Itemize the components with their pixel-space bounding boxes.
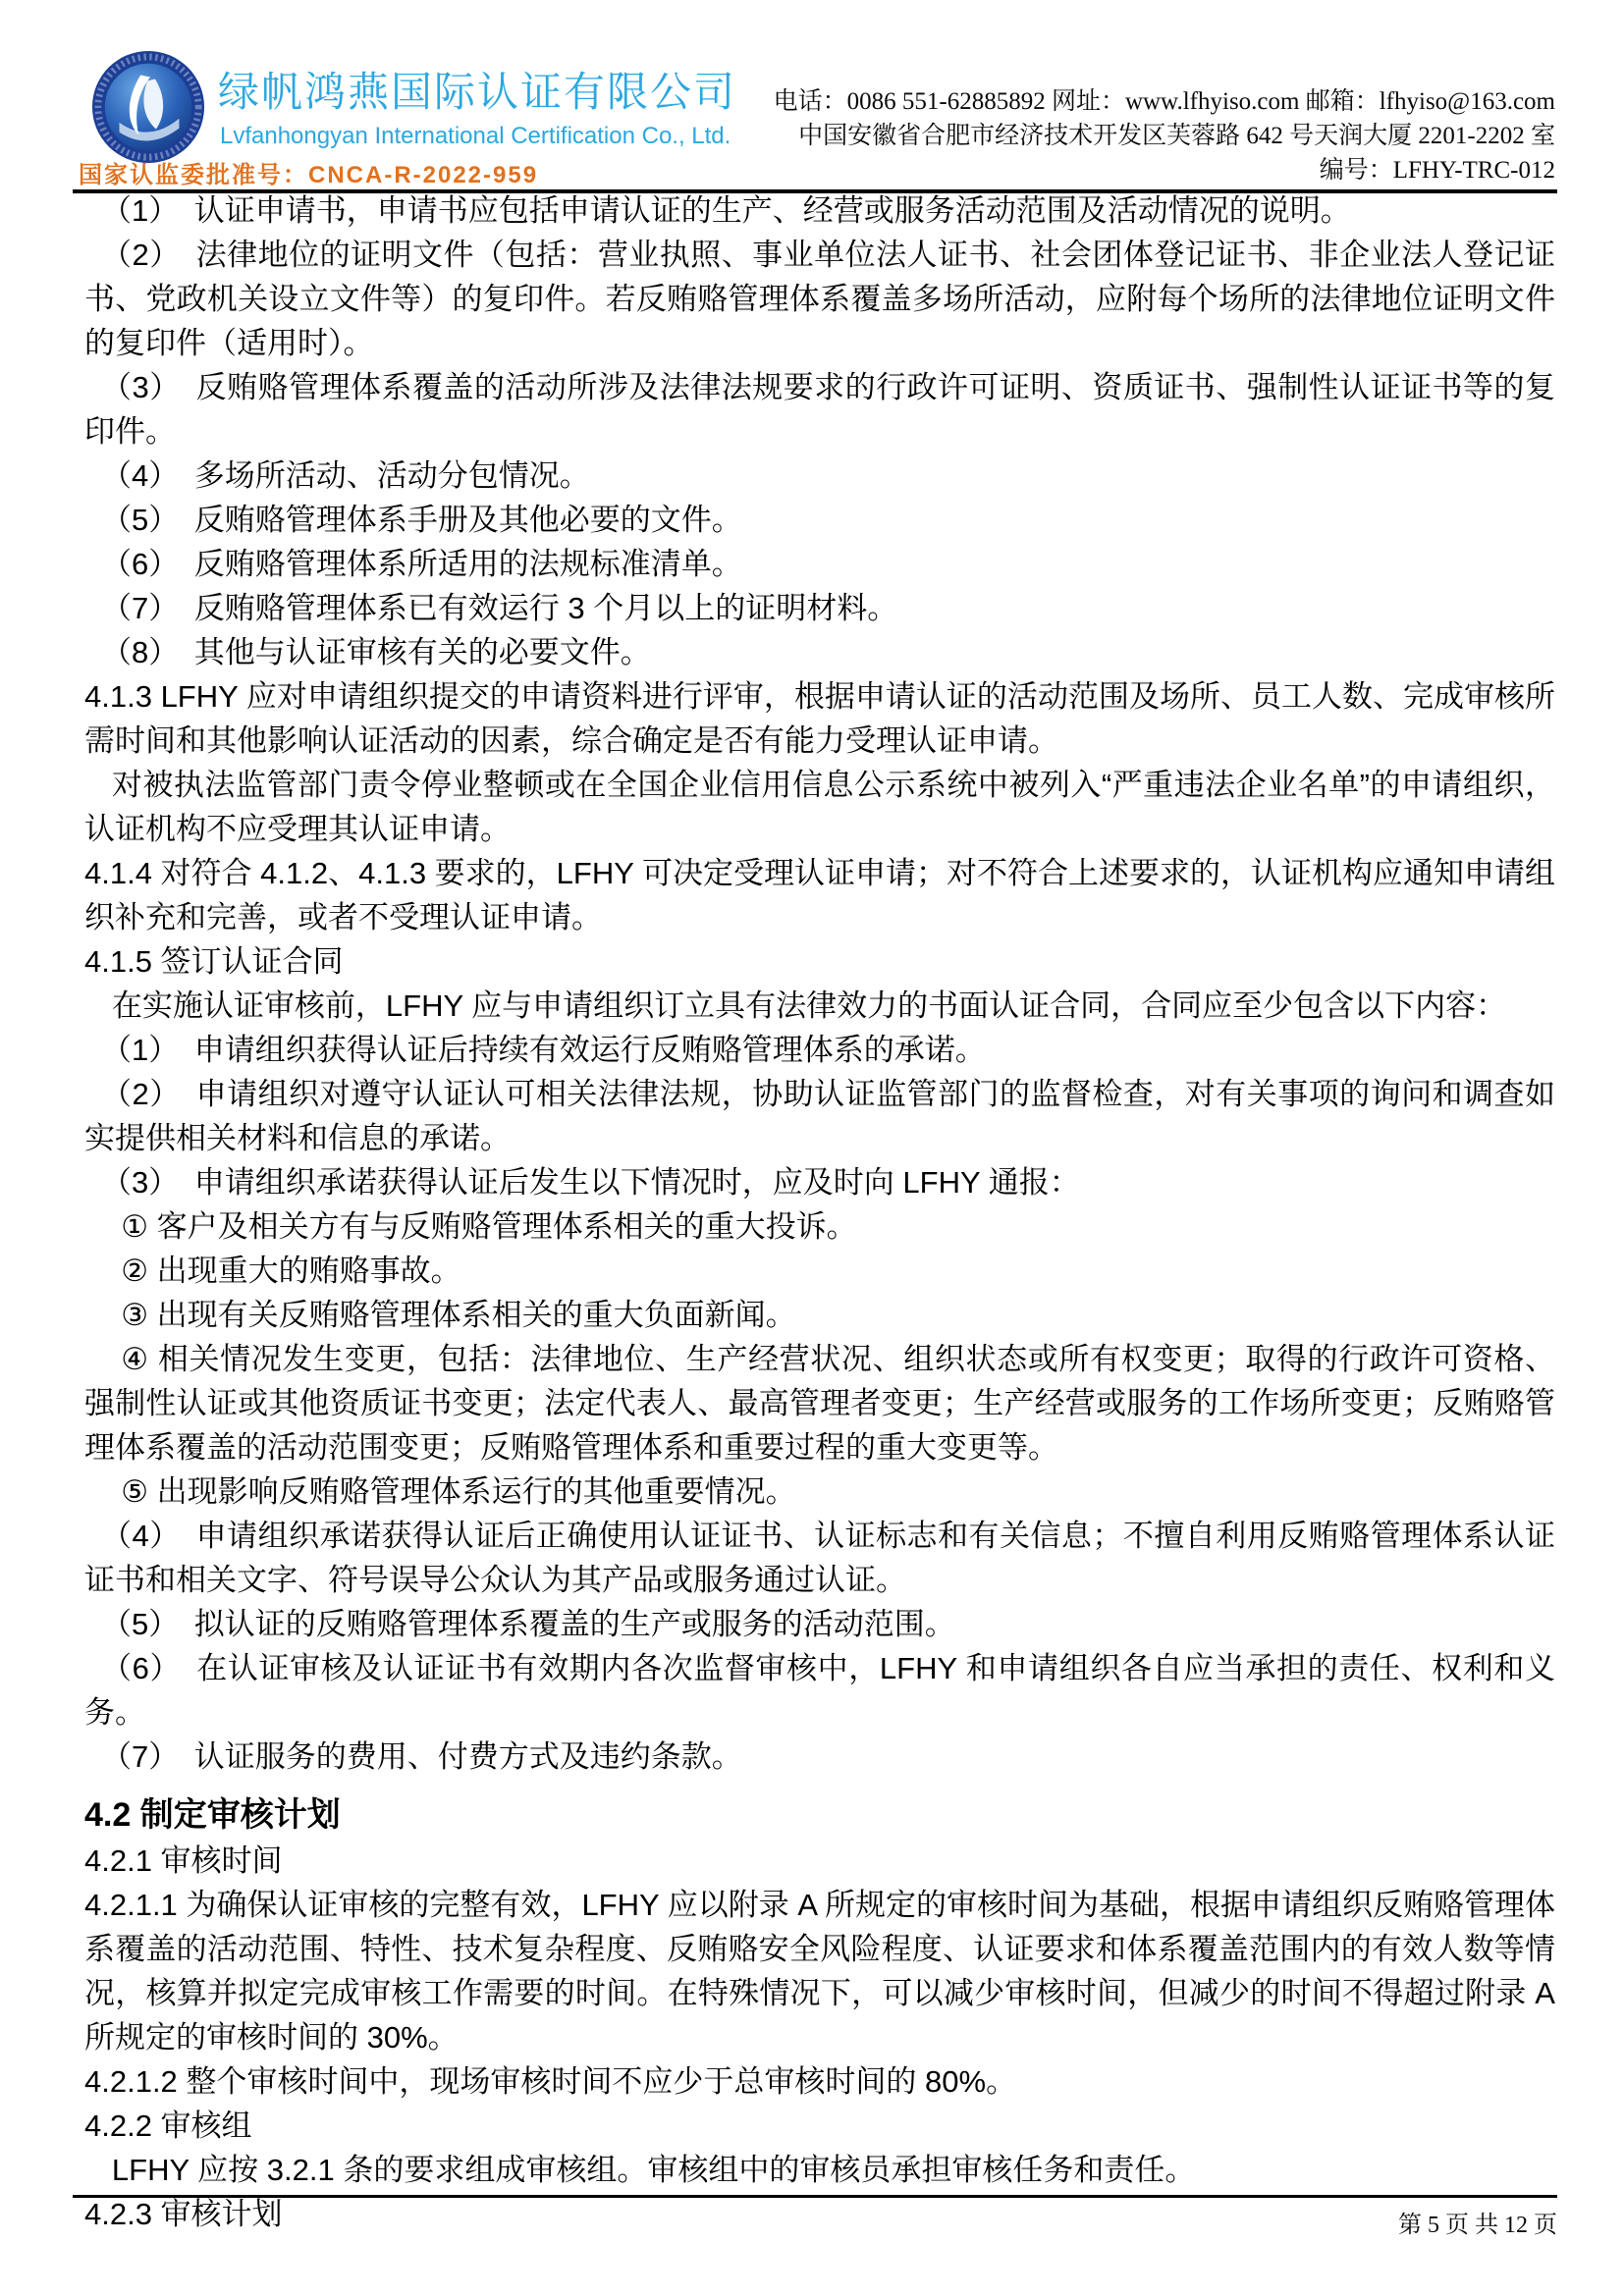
paragraph: （1） 认证申请书，申请书应包括申请认证的生产、经营或服务活动范围及活动情况的说…	[84, 188, 1555, 233]
company-name-cn: 绿帆鸿燕国际认证有限公司	[218, 69, 736, 116]
paragraph: 4.1.3 LFHY 应对申请组织提交的申请资料进行评审，根据申请认证的活动范围…	[84, 674, 1555, 763]
paragraph: ③ 出现有关反贿赂管理体系相关的重大负面新闻。	[84, 1293, 1555, 1337]
footer-divider	[73, 2195, 1557, 2198]
paragraph: LFHY 应按 3.2.1 条的要求组成审核组。审核组中的审核员承担审核任务和责…	[84, 2148, 1555, 2192]
contact-address-line: 中国安徽省合肥市经济技术开发区芙蓉路 642 号天润大厦 2201-2202 室	[774, 119, 1555, 153]
company-name-en: Lvfanhongyan International Certification…	[220, 122, 731, 151]
paragraph: （4） 申请组织承诺获得认证后正确使用认证证书、认证标志和有关信息；不擅自利用反…	[84, 1514, 1555, 1602]
paragraph: （4） 多场所活动、活动分包情况。	[84, 454, 1555, 498]
contact-info: 电话：0086 551-62885892 网址：www.lfhyiso.com …	[774, 84, 1555, 187]
paragraph: （7） 反贿赂管理体系已有效运行 3 个月以上的证明材料。	[84, 586, 1555, 630]
paragraph: 在实施认证审核前，LFHY 应与申请组织订立具有法律效力的书面认证合同，合同应至…	[84, 984, 1555, 1028]
paragraph: ⑤ 出现影响反贿赂管理体系运行的其他重要情况。	[84, 1469, 1555, 1514]
paragraph: （3） 反贿赂管理体系覆盖的活动所涉及法律法规要求的行政许可证明、资质证书、强制…	[84, 365, 1555, 454]
document-body: （1） 认证申请书，申请书应包括申请认证的生产、经营或服务活动范围及活动情况的说…	[84, 188, 1555, 2236]
document-number-line: 编号：LFHY-TRC-012	[774, 153, 1555, 187]
paragraph: （6） 反贿赂管理体系所适用的法规标准清单。	[84, 542, 1555, 586]
paragraph: （7） 认证服务的费用、付费方式及违约条款。	[84, 1735, 1555, 1779]
paragraph: 4.2.1.1 为确保认证审核的完整有效，LFHY 应以附录 A 所规定的审核时…	[84, 1883, 1555, 2059]
paragraph: 4.2.1.2 整个审核时间中，现场审核时间不应少于总审核时间的 80%。	[84, 2059, 1555, 2104]
paragraph: ④ 相关情况发生变更，包括：法律地位、生产经营状况、组织状态或所有权变更；取得的…	[84, 1337, 1555, 1469]
paragraph: （5） 拟认证的反贿赂管理体系覆盖的生产或服务的活动范围。	[84, 1602, 1555, 1646]
approval-number: 国家认监委批准号：CNCA-R-2022-959	[79, 155, 538, 189]
paragraph: （2） 法律地位的证明文件（包括：营业执照、事业单位法人证书、社会团体登记证书、…	[84, 233, 1555, 365]
paragraph: ① 客户及相关方有与反贿赂管理体系相关的重大投诉。	[84, 1204, 1555, 1249]
paragraph: ② 出现重大的贿赂事故。	[84, 1249, 1555, 1293]
company-logo-icon	[90, 49, 206, 165]
paragraph: （8） 其他与认证审核有关的必要文件。	[84, 630, 1555, 674]
document-page: 绿帆鸿燕国际认证有限公司 Lvfanhongyan International …	[0, 0, 1624, 2296]
paragraph: （2） 申请组织对遵守认证认可相关法律法规，协助认证监管部门的监督检查，对有关事…	[84, 1072, 1555, 1160]
paragraph: 4.1.5 签订认证合同	[84, 939, 1555, 984]
paragraph: 4.1.4 对符合 4.1.2、4.1.3 要求的，LFHY 可决定受理认证申请…	[84, 851, 1555, 939]
paragraph: 4.2.2 审核组	[84, 2104, 1555, 2148]
paragraph: （5） 反贿赂管理体系手册及其他必要的文件。	[84, 498, 1555, 542]
paragraph: （1） 申请组织获得认证后持续有效运行反贿赂管理体系的承诺。	[84, 1028, 1555, 1072]
page-number: 第 5 页 共 12 页	[1398, 2213, 1557, 2238]
paragraph: 对被执法监管部门责令停业整顿或在全国企业信用信息公示系统中被列入“严重违法企业名…	[84, 763, 1555, 851]
section-heading: 4.2 制定审核计划	[84, 1792, 1555, 1838]
contact-phone-line: 电话：0086 551-62885892 网址：www.lfhyiso.com …	[774, 84, 1555, 119]
footer: 第 5 页 共 12 页	[73, 2205, 1557, 2239]
paragraph: 4.2.1 审核时间	[84, 1839, 1555, 1883]
paragraph: （3） 申请组织承诺获得认证后发生以下情况时，应及时向 LFHY 通报：	[84, 1160, 1555, 1204]
paragraph: （6） 在认证审核及认证证书有效期内各次监督审核中，LFHY 和申请组织各自应当…	[84, 1646, 1555, 1735]
